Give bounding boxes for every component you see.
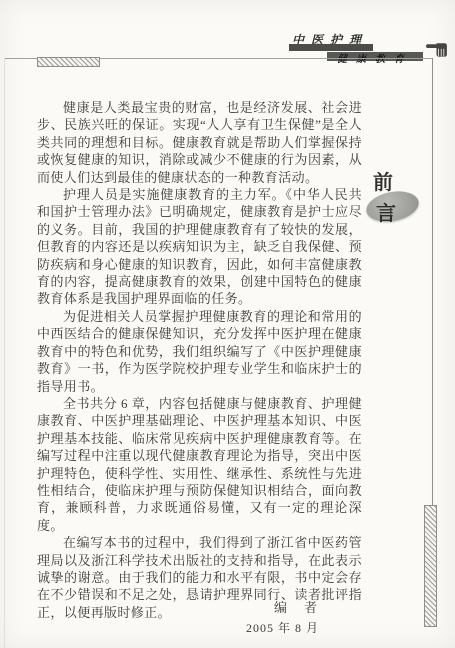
hatch-bar-bottom-right [424,505,437,627]
title-char-yan: 言 [376,197,396,226]
paragraph: 健康是人类最宝贵的财富，也是经济发展、社会进步、民族兴旺的保证。实现“人人享有卫… [37,99,362,186]
publish-date: 2005 年 8 月 [246,619,319,636]
paragraph: 全书共分 6 章，内容包括健康与健康教育、护理健康教育、中医护理基础理论、中医护… [37,395,362,534]
author-signature: 编 者 [246,597,319,616]
scanned-book-page: 中医护理 健康教育 前 言 健康是人类最宝贵的财富，也是经济发展、社会进步、民族… [0,0,455,648]
preface-body: 健康是人类最宝贵的财富，也是经济发展、社会进步、民族兴旺的保证。实现“人人享有卫… [37,99,362,621]
hatch-bar-top-left [37,57,100,67]
header-bar-secondary: 健康教育 [327,52,423,61]
title-char-qian: 前 [373,166,393,195]
frame-left-rule [4,58,5,648]
paragraph: 为促进相关人员掌握护理健康教育的理论和常用的中西医结合的健康保健知识，充分发挥中… [37,308,362,395]
paragraph: 护理人员是实施健康教育的主力军。《中华人民共和国护士管理办法》已明确规定，健康教… [37,186,362,308]
colophon: 编 者 2005 年 8 月 [246,597,319,636]
